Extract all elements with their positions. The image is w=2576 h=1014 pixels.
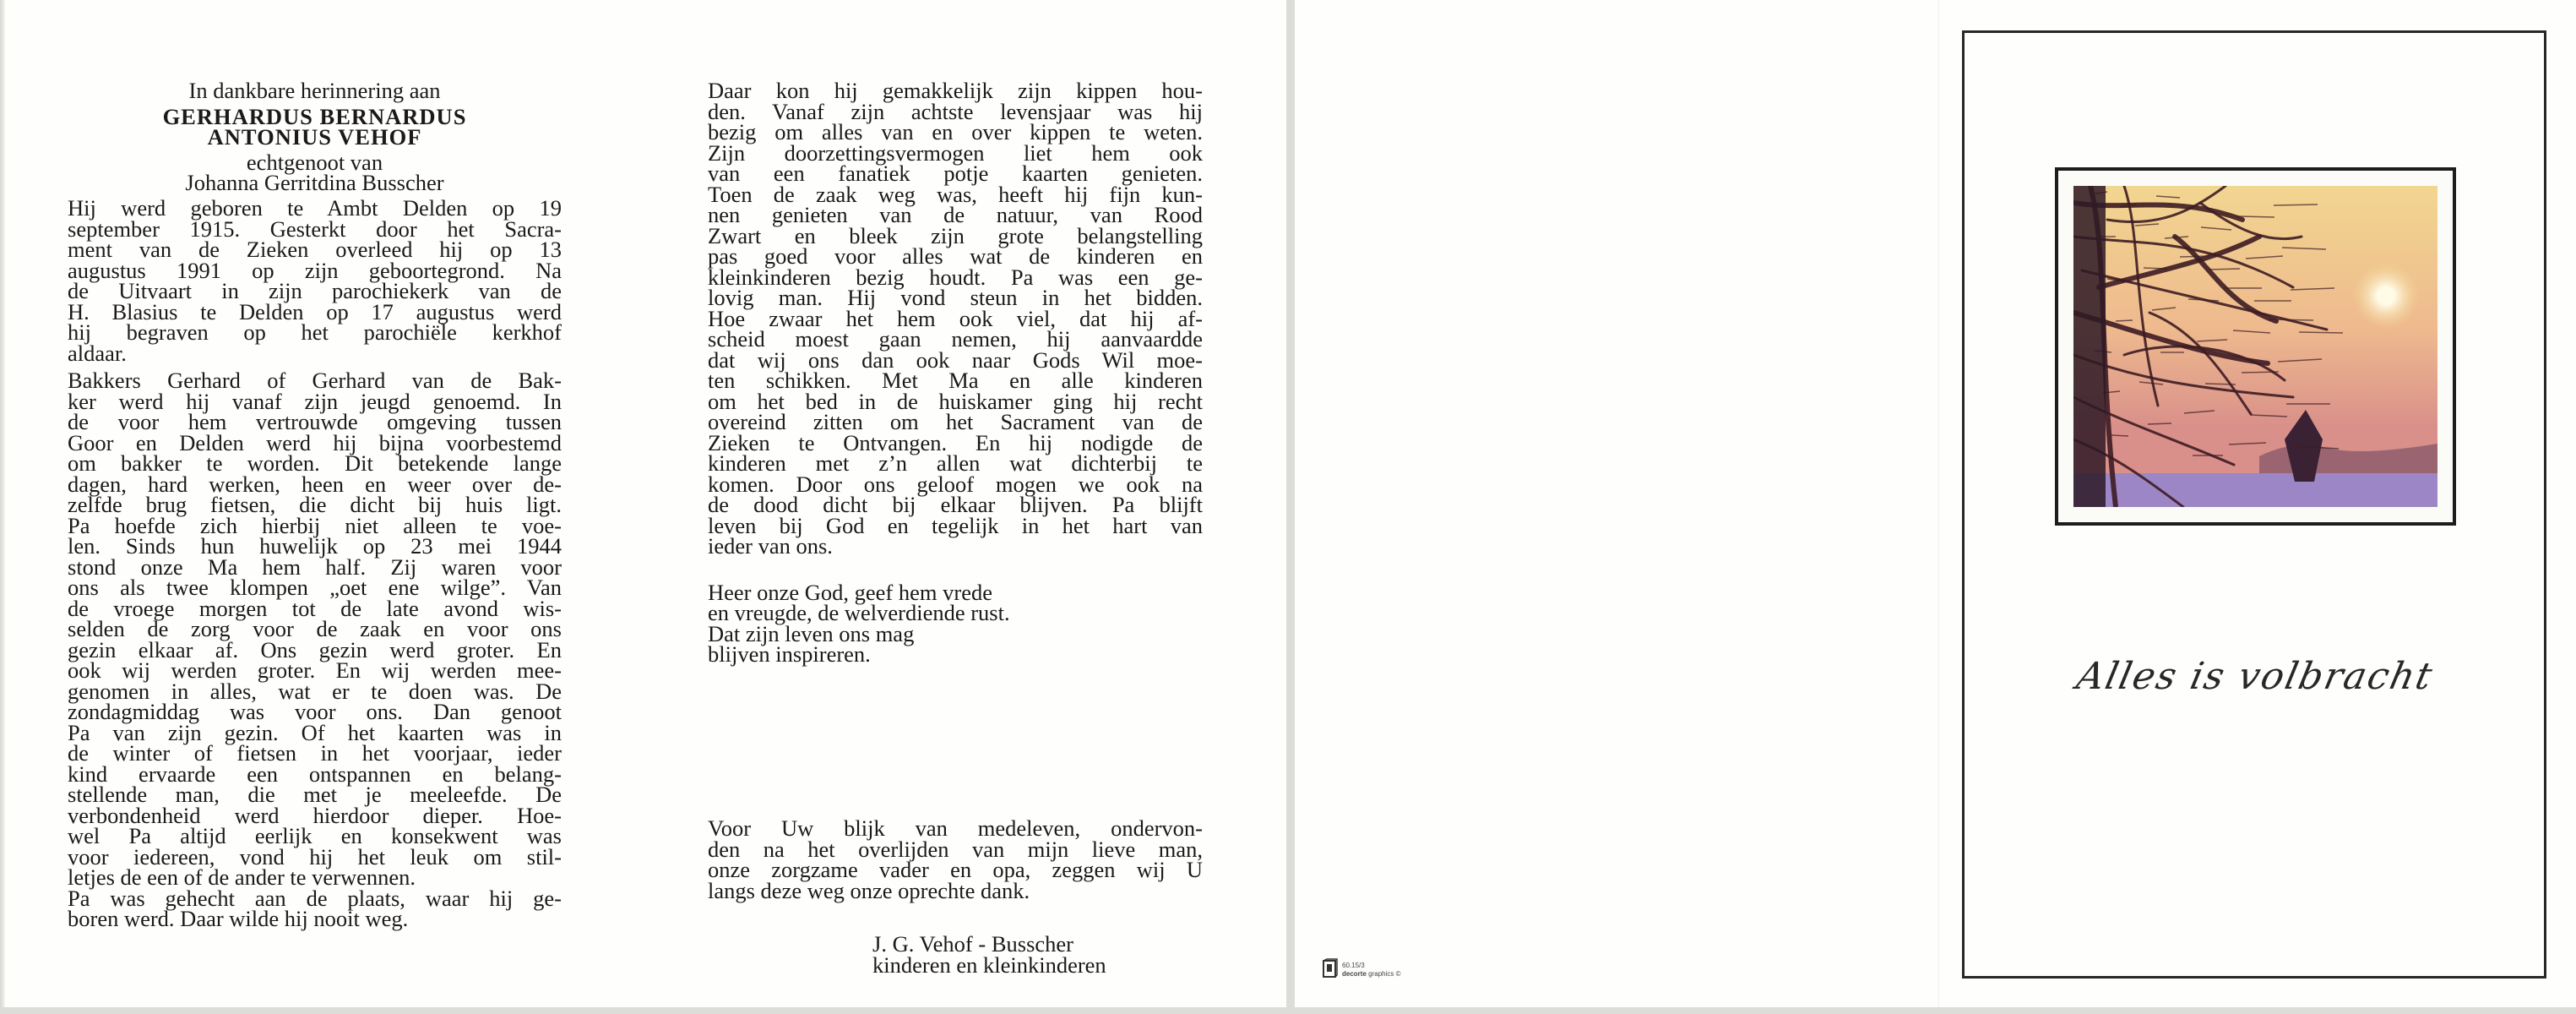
- paragraph-life: Bakkers Gerhard of Gerhard van de Bak-ke…: [68, 370, 562, 888]
- text-line: len. Sinds hun huwelijk op 23 mei 1944: [68, 536, 562, 557]
- publisher-text: 60.15/3 decorte graphics ©: [1342, 962, 1401, 979]
- text-line: ten schikken. Met Ma en alle kinderen: [708, 370, 1203, 391]
- intro-line: In dankbare herinnering aan: [68, 80, 562, 101]
- text-line: ons als twee klompen „oet ene wilge”. Va…: [68, 577, 562, 598]
- text-line: om bakker te worden. Dit betekende lange: [68, 453, 562, 474]
- text-line: kinderen en kleinkinderen: [872, 955, 1106, 976]
- text-line: Voor Uw blijk van medeleven, ondervon-: [708, 818, 1203, 839]
- text-line: boren werd. Daar wilde hij nooit weg.: [68, 908, 562, 929]
- text-line: de voor hem vertrouwde omgeving tussen: [68, 412, 562, 433]
- fold-line: [1938, 0, 1939, 1007]
- text-line: blijven inspireren.: [708, 644, 1203, 665]
- publisher-brand: decorte: [1342, 970, 1367, 978]
- product-code: 60.15/3: [1342, 962, 1401, 970]
- paragraph-hobbies-faith: Daar kon hij gemakkelijk zijn kippen hou…: [708, 80, 1203, 557]
- text-line: scheid moest gaan nemen, hij aanvaardde: [708, 329, 1203, 350]
- text-line: hij begraven op het parochiële kerkhof: [68, 322, 562, 343]
- booklet-icon: [1322, 958, 1339, 979]
- text-line: onze zorgzame vader en opa, zeggen wij U: [708, 859, 1203, 880]
- text-line: zelfde brug fietsen, die dicht bij huis …: [68, 494, 562, 515]
- text-line: ook wij werden groter. En wij werden mee…: [68, 660, 562, 681]
- publisher-mark: 60.15/3 decorte graphics ©: [1322, 958, 1401, 979]
- text-line: selden de zorg voor de zaak en voor ons: [68, 619, 562, 640]
- text-line: en vreugde, de welverdiende rust.: [708, 602, 1203, 624]
- text-line: de Uitvaart in zijn parochiekerk van de: [68, 281, 562, 302]
- text-line: stellende man, die met je meeleefde. De: [68, 784, 562, 805]
- text-line: ment van de Zieken overleed hij op 13: [68, 239, 562, 260]
- text-line: aldaar.: [68, 343, 562, 364]
- column-biography: In dankbare herinnering aan GERHARDUS BE…: [68, 80, 562, 929]
- deceased-name-line-2: ANTONIUS VEHOF: [68, 127, 562, 147]
- spouse-name: Johanna Gerritdina Busscher: [68, 172, 562, 193]
- text-line: de dood dicht bij elkaar blijven. Pa bli…: [708, 494, 1203, 515]
- text-line: lovig man. Hij vond steun in het bidden.: [708, 287, 1203, 308]
- paragraph-birth-death: Hij werd geboren te Ambt Delden op 19sep…: [68, 198, 562, 363]
- text-line: Bakkers Gerhard of Gerhard van de Bak-: [68, 370, 562, 391]
- text-line: van een fanatiek potje kaarten genieten.: [708, 163, 1203, 184]
- text-line: J. G. Vehof - Busscher: [872, 934, 1106, 955]
- paragraph-home: Pa was gehecht aan de plaats, waar hij g…: [68, 888, 562, 929]
- text-line: wel Pa altijd eerlijk en konsekwent was: [68, 826, 562, 847]
- publisher-suffix: graphics ©: [1368, 970, 1400, 978]
- card-edge: [0, 0, 5, 1007]
- photo-frame: [2055, 167, 2456, 526]
- text-line: bezig om alles van en over kippen te wet…: [708, 122, 1203, 143]
- text-line: zondagmiddag was voor ons. Dan genoot: [68, 701, 562, 722]
- text-line: Daar kon hij gemakkelijk zijn kippen hou…: [708, 80, 1203, 101]
- text-line: Hij werd geboren te Ambt Delden op 19: [68, 198, 562, 219]
- text-line: langs deze weg onze oprechte dank.: [708, 880, 1203, 902]
- text-line: de winter of fietsen in het voorjaar, ie…: [68, 743, 562, 764]
- cover-title: Alles is volbracht: [2057, 655, 2454, 698]
- text-line: letjes de een of de ander te verwennen.: [68, 867, 562, 888]
- memorial-card-inside: In dankbare herinnering aan GERHARDUS BE…: [0, 0, 1286, 1007]
- thanks-paragraph: Voor Uw blijk van medeleven, ondervon-de…: [708, 818, 1203, 901]
- winter-sunset-photo: [2073, 186, 2437, 507]
- text-line: overeind zitten om het Sacrament van de: [708, 412, 1203, 433]
- text-line: ieder van ons.: [708, 536, 1203, 557]
- text-line: pas goed voor alles wat de kinderen en: [708, 246, 1203, 267]
- column-continued: Daar kon hij gemakkelijk zijn kippen hou…: [708, 80, 1203, 665]
- text-line: kinderen met z’n allen wat dichterbij te: [708, 453, 1203, 474]
- prayer-verse: Heer onze God, geef hem vredeen vreugde,…: [708, 582, 1203, 665]
- text-line: nen genieten van de natuur, van Rood: [708, 204, 1203, 226]
- signature-block: J. G. Vehof - Busscherkinderen en kleink…: [872, 934, 1106, 975]
